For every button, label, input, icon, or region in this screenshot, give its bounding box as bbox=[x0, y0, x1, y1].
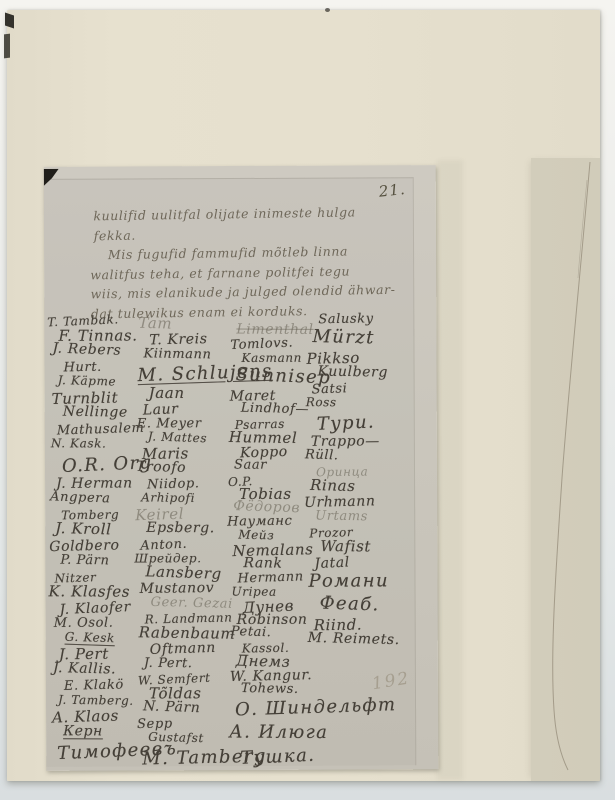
signature-columns: T. Tambak.F. Tinnas.J. RebersHurt.J. Käp… bbox=[44, 165, 436, 167]
signature: Романи bbox=[308, 569, 434, 594]
signature: О. Шиндельфт bbox=[235, 695, 341, 722]
card-edge-chip bbox=[5, 13, 14, 29]
signature: M. Reimets. bbox=[308, 631, 435, 649]
page-number: 21. bbox=[378, 180, 407, 201]
album-card: 21. kuulifid uulitfal olijate inimeste h… bbox=[7, 10, 600, 781]
card-edge-chip bbox=[4, 34, 10, 59]
scan-background: { "page_number": "21.", "header_lines": … bbox=[0, 0, 615, 800]
signature: А. Илюга bbox=[229, 721, 340, 746]
photo-edge-shadow bbox=[437, 160, 463, 780]
card-edge-speck bbox=[325, 8, 330, 12]
signature: Тушка. bbox=[240, 743, 341, 771]
photograph: 21. kuulifid uulitfal olijate inimeste h… bbox=[44, 165, 439, 771]
manuscript-paragraph: kuulifid uulitfal olijate inimeste hulga… bbox=[93, 202, 415, 324]
signature: Mürzt bbox=[312, 325, 434, 352]
card-discoloration-band bbox=[531, 158, 600, 781]
signature-column-4: SaluskyMürztPikksoKuulbergSatsiRossТури.… bbox=[303, 311, 434, 648]
